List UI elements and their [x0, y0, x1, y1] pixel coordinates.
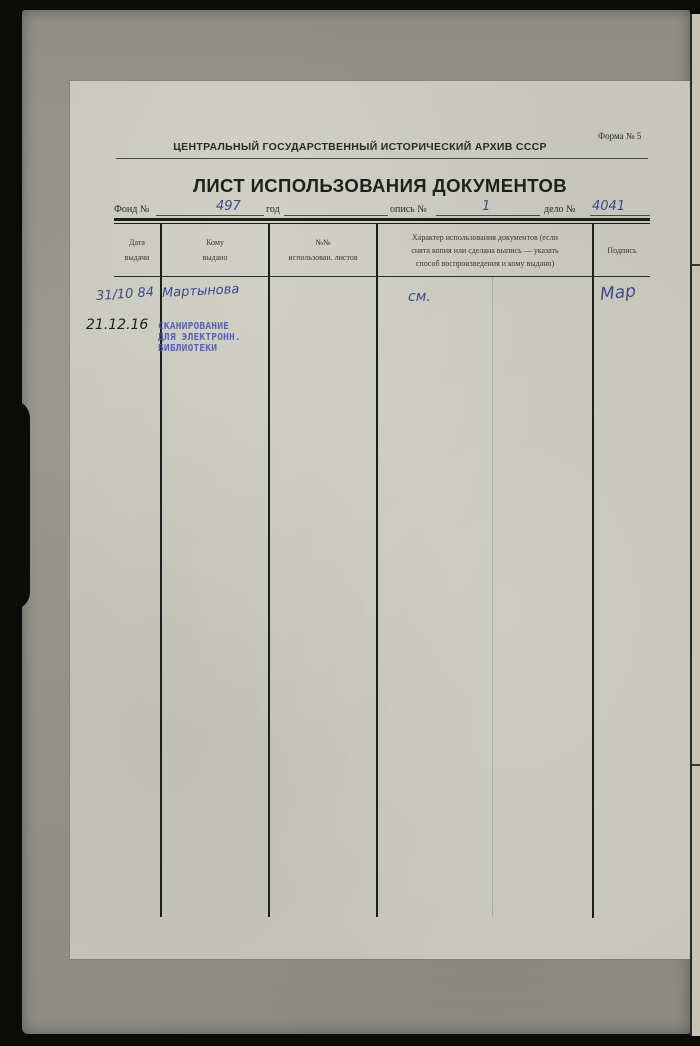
form-number: Форма № 5	[598, 131, 641, 141]
divider	[116, 158, 648, 159]
year-underline	[284, 215, 388, 216]
fond-underline	[156, 215, 264, 216]
entry-signature: Мар	[599, 281, 637, 305]
opis-label: опись №	[390, 204, 427, 215]
fond-value: 497	[216, 199, 241, 214]
scanning-stamp: СКАНИРОВАНИЕ ДЛЯ ЭЛЕКТРОНН. БИБЛИОТЕКИ	[158, 321, 258, 354]
torn-edge	[10, 620, 18, 940]
col-header-usage: Характер использования документов (если …	[378, 224, 592, 276]
entry-date: 31/10 84	[96, 285, 155, 304]
opis-value: 1	[482, 199, 490, 214]
archive-name: ЦЕНТРАЛЬНЫЙ ГОСУДАРСТВЕННЫЙ ИСТОРИЧЕСКИЙ…	[70, 141, 650, 153]
table-top-rule	[114, 218, 650, 221]
year-label: год	[266, 204, 280, 215]
file-reference-fields: Фонд № 497 год опись № 1 дело № 4041	[114, 201, 650, 219]
fond-label: Фонд №	[114, 204, 149, 215]
col-header-issued-to: Кому выдано	[162, 224, 268, 276]
col-header-sheets: №№ использован. листов	[270, 224, 376, 276]
scan-date: 21.12.16	[86, 317, 148, 333]
opis-underline	[436, 215, 540, 216]
col-header-date: Дата выдачи	[114, 224, 160, 276]
column-divider	[268, 224, 270, 917]
archive-folder-cover: Форма № 5 ЦЕНТРАЛЬНЫЙ ГОСУДАРСТВЕННЫЙ ИС…	[22, 10, 690, 1034]
entry-issued-to: Мартынова	[162, 282, 240, 301]
delo-value: 4041	[592, 199, 625, 214]
adjacent-page-edge	[690, 14, 700, 1036]
sheet-title: ЛИСТ ИСПОЛЬЗОВАНИЯ ДОКУМЕНТОВ	[70, 175, 690, 197]
column-divider	[376, 224, 378, 917]
usage-sheet: Форма № 5 ЦЕНТРАЛЬНЫЙ ГОСУДАРСТВЕННЫЙ ИС…	[70, 81, 690, 959]
column-divider	[592, 224, 594, 918]
torn-edge	[12, 400, 30, 610]
paper-crease	[492, 277, 493, 917]
header-bottom-rule	[114, 276, 650, 277]
entry-usage: см.	[408, 289, 431, 305]
delo-label: дело №	[544, 204, 576, 215]
col-header-signature: Подпись	[594, 224, 650, 276]
delo-underline	[590, 215, 650, 216]
